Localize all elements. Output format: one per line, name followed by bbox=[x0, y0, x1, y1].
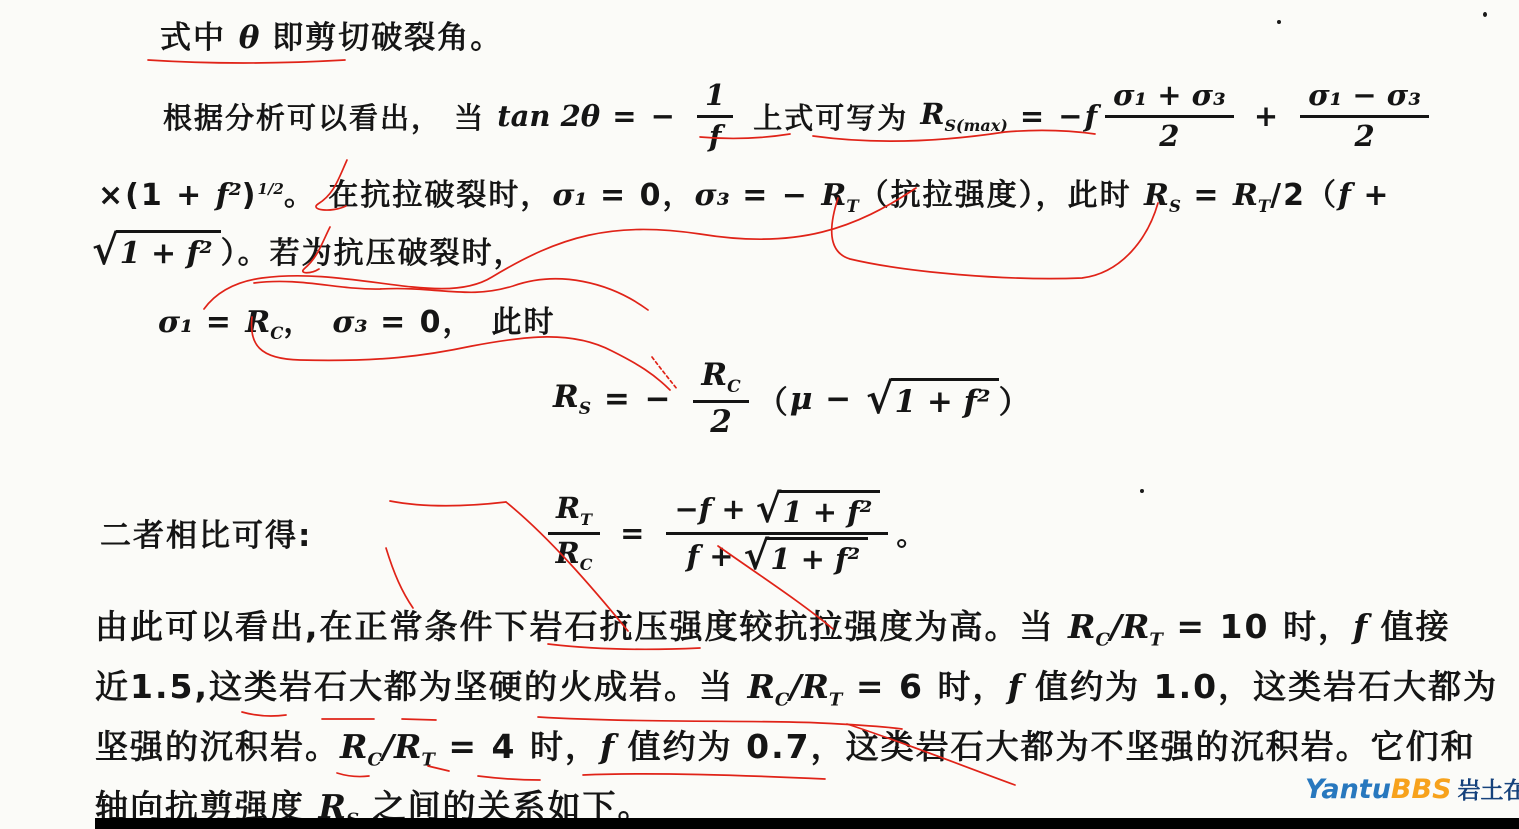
paragraph-line-2: 近1.5,这类岩石大都为坚硬的火成岩。当 RC/RT = 6 时，f 值约为 1… bbox=[95, 661, 1498, 711]
subscript: S bbox=[579, 399, 591, 419]
text-run: ， bbox=[283, 305, 332, 340]
scan-speck bbox=[1483, 12, 1487, 17]
subscript: C bbox=[580, 554, 593, 573]
math-symbol: RT bbox=[556, 492, 592, 529]
text-run: 。 在抗拉破裂时， bbox=[284, 178, 552, 213]
text-run: 值约为 0.7，这类岩石大都为不坚强的沉积岩。它们和 bbox=[614, 727, 1475, 766]
math-symbol: RC bbox=[556, 537, 593, 574]
subscript: T bbox=[829, 690, 843, 711]
formula-line-rt-over-rc: RTRC = −f + √1 + f²f + √1 + f²。 bbox=[540, 472, 927, 594]
text-line-sigma1-rc: σ₁ = RC， σ₃ = 0， 此时 bbox=[158, 297, 556, 343]
math-run: / bbox=[382, 727, 394, 766]
numerator: −f + √1 + f² bbox=[666, 490, 888, 534]
numerator: RT bbox=[548, 492, 600, 534]
subscript: T bbox=[580, 510, 592, 529]
red-pen-stroke bbox=[242, 712, 286, 716]
denominator: 2 bbox=[710, 403, 732, 441]
math-run: −f + bbox=[674, 493, 755, 526]
math-symbol: RT bbox=[394, 727, 435, 766]
math-run: f bbox=[600, 727, 614, 766]
text-run: = bbox=[608, 516, 659, 550]
text-run: 上式可写为 bbox=[741, 96, 920, 137]
math-symbol: RT bbox=[1233, 178, 1270, 213]
subscript: C bbox=[775, 690, 789, 711]
formula-line-tan2theta-rsmax: 根据分析可以看出， 当 tan 2θ = − 1f 上式可写为 RS(max) … bbox=[163, 76, 1437, 156]
math-run: tan 2θ bbox=[497, 99, 600, 133]
math-run: σ₃ bbox=[695, 178, 730, 213]
math-run: σ₁ − σ₃ bbox=[1308, 79, 1421, 112]
math-run: f bbox=[1338, 178, 1351, 213]
text-run: 值接 bbox=[1367, 607, 1451, 646]
text-run: ) bbox=[242, 178, 258, 213]
math-run: θ bbox=[239, 20, 260, 56]
fraction: 1f bbox=[697, 79, 733, 153]
radicand: 1 + f² bbox=[891, 378, 999, 420]
math-run: 1 + f² bbox=[782, 496, 872, 529]
red-pen-stroke bbox=[402, 719, 436, 720]
math-run: σ₁ + σ₃ bbox=[1113, 79, 1226, 112]
formula-line-rs-rc: RS = − RC2（μ − √1 + f²） bbox=[553, 354, 1032, 444]
text-run: = 4 时， bbox=[435, 727, 600, 766]
text-run: = 10 时， bbox=[1163, 607, 1353, 646]
red-pen-stroke bbox=[337, 773, 369, 777]
superscript: 1/2 bbox=[258, 180, 284, 198]
text-run: 即剪切破裂角。 bbox=[259, 20, 503, 56]
text-run: = − bbox=[591, 381, 685, 417]
math-run: σ₃ bbox=[332, 305, 367, 340]
red-pen-stroke bbox=[478, 776, 540, 780]
text-run: = 0， bbox=[588, 178, 695, 213]
subscript: T bbox=[1149, 630, 1163, 651]
math-run: 1 + f² bbox=[120, 236, 213, 271]
fraction: RTRC bbox=[548, 492, 600, 573]
red-pen-stroke bbox=[148, 60, 345, 63]
denominator: 2 bbox=[1159, 118, 1179, 153]
math-symbol: RT bbox=[801, 667, 842, 706]
radicand: 1 + f² bbox=[778, 490, 880, 529]
math-symbol: RC bbox=[245, 305, 283, 340]
text-run: ）。若为抗压破裂时， bbox=[221, 228, 526, 272]
text-line-compare-label: 二者相比可得: bbox=[100, 510, 312, 555]
fraction: −f + √1 + f²f + √1 + f² bbox=[666, 490, 888, 576]
fraction: σ₁ + σ₃2 bbox=[1105, 79, 1234, 153]
radical-sign: √ bbox=[744, 540, 770, 573]
math-run: / bbox=[1110, 607, 1122, 646]
square-root: √1 + f² bbox=[866, 378, 999, 420]
text-run: = − bbox=[730, 178, 822, 213]
subscript: C bbox=[270, 324, 283, 343]
subscript: S bbox=[1169, 197, 1181, 216]
numerator: σ₁ − σ₃ bbox=[1300, 79, 1429, 117]
denominator: RC bbox=[556, 535, 593, 574]
math-run: 1 bbox=[705, 79, 725, 112]
subscript: C bbox=[367, 750, 381, 771]
text-run: （抗拉强度），此时 bbox=[859, 178, 1144, 213]
text-run: （ bbox=[757, 377, 790, 422]
text-run: = − bbox=[600, 99, 689, 133]
watermark-yantu: Yantu bbox=[1305, 774, 1391, 805]
scan-black-bar bbox=[95, 818, 1519, 829]
math-symbol: RT bbox=[821, 178, 858, 213]
text-line-compression-failure: √1 + f²）。若为抗压破裂时， bbox=[92, 224, 526, 276]
radical-sign: √ bbox=[756, 493, 782, 526]
text-run: 近1.5,这类岩石大都为坚硬的火成岩。当 bbox=[95, 667, 747, 706]
numerator: RC bbox=[693, 358, 748, 403]
math-symbol: RC bbox=[1068, 607, 1110, 646]
radicand: 1 + f² bbox=[766, 537, 868, 576]
text-line-theta-definition: 式中 θ 即剪切破裂角。 bbox=[160, 12, 503, 57]
radicand: 1 + f² bbox=[116, 230, 221, 271]
math-symbol: RC bbox=[747, 667, 789, 706]
math-run: 2 bbox=[710, 405, 732, 441]
text-run: = bbox=[193, 305, 245, 340]
radical-sign: √ bbox=[92, 233, 119, 267]
square-root: √1 + f² bbox=[92, 230, 221, 271]
fraction: RC2 bbox=[693, 358, 748, 440]
red-pen-stroke bbox=[583, 774, 825, 779]
text-run: + bbox=[1351, 178, 1391, 213]
math-symbol: RC bbox=[340, 727, 382, 766]
text-run: 根据分析可以看出， 当 bbox=[163, 96, 497, 137]
scan-speck bbox=[1140, 489, 1144, 493]
math-run: 1 + f² bbox=[770, 543, 860, 576]
denominator: f bbox=[709, 118, 721, 153]
watermark: Yantu BBS 岩土在线 bbox=[1305, 772, 1519, 805]
scan-speck bbox=[1277, 20, 1281, 24]
math-run: 2 bbox=[1159, 120, 1179, 153]
text-run: = 6 时， bbox=[842, 667, 1007, 706]
text-run: /2（ bbox=[1270, 178, 1338, 213]
square-root: √1 + f² bbox=[756, 490, 881, 529]
math-run: 2 bbox=[1354, 120, 1374, 153]
text-run: − bbox=[812, 381, 866, 417]
fraction: σ₁ − σ₃2 bbox=[1300, 79, 1429, 153]
text-run: 值约为 1.0，这类岩石大都为 bbox=[1022, 667, 1498, 706]
text-run: 由此可以看出,在正常条件下岩石抗压强度较抗拉强度为高。当 bbox=[95, 607, 1068, 646]
math-run: f bbox=[1007, 667, 1021, 706]
subscript: T bbox=[846, 197, 858, 216]
text-run: ×(1 + bbox=[98, 178, 216, 213]
denominator: 2 bbox=[1354, 118, 1374, 153]
subscript: T bbox=[1258, 197, 1270, 216]
text-run: 二者相比可得: bbox=[100, 518, 312, 554]
subscript: S(max) bbox=[944, 116, 1007, 135]
paragraph-line-1: 由此可以看出,在正常条件下岩石抗压强度较抗拉强度为高。当 RC/RT = 10 … bbox=[95, 601, 1451, 651]
math-symbol: RS bbox=[553, 379, 591, 419]
math-run: f bbox=[1353, 607, 1367, 646]
watermark-chinese: 岩土在线 bbox=[1458, 772, 1519, 805]
text-run: = − bbox=[1008, 99, 1085, 133]
radical-sign: √ bbox=[866, 381, 894, 417]
text-run: 坚强的沉积岩。 bbox=[95, 727, 340, 766]
math-run: σ₁ bbox=[552, 178, 587, 213]
numerator: 1 bbox=[697, 79, 733, 117]
numerator: σ₁ + σ₃ bbox=[1105, 79, 1234, 117]
math-symbol: RS bbox=[1144, 178, 1181, 213]
red-pen-stroke bbox=[390, 501, 506, 506]
math-run: / bbox=[789, 667, 801, 706]
math-symbol: RT bbox=[1122, 607, 1163, 646]
subscript: C bbox=[1095, 630, 1109, 651]
text-run: 式中 bbox=[160, 20, 239, 56]
math-run: f² bbox=[216, 178, 242, 213]
paragraph-line-3: 坚强的沉积岩。RC/RT = 4 时，f 值约为 0.7，这类岩石大都为不坚强的… bbox=[95, 721, 1476, 771]
text-run: 。 bbox=[896, 513, 927, 554]
denominator: f + √1 + f² bbox=[687, 535, 869, 576]
watermark-bbs: BBS bbox=[1391, 774, 1452, 805]
square-root: √1 + f² bbox=[744, 537, 869, 576]
text-run: + bbox=[1242, 99, 1293, 133]
text-line-tension-failure: ×(1 + f²)1/2。 在抗拉破裂时，σ₁ = 0，σ₃ = − RT（抗拉… bbox=[98, 170, 1391, 216]
red-pen-stroke bbox=[386, 548, 413, 608]
math-run: σ₁ bbox=[158, 305, 193, 340]
math-symbol: RS(max) bbox=[920, 97, 1007, 135]
text-run: ） bbox=[999, 377, 1032, 422]
math-run: f + bbox=[687, 540, 744, 573]
math-run: 1 + f² bbox=[895, 384, 991, 420]
math-run: f bbox=[709, 120, 721, 153]
text-run: = bbox=[1181, 178, 1233, 213]
math-symbol: RC bbox=[701, 358, 740, 398]
subscript: T bbox=[421, 750, 435, 771]
subscript: C bbox=[727, 377, 741, 397]
text-run: = 0， 此时 bbox=[368, 305, 556, 340]
math-run: f bbox=[1085, 99, 1097, 133]
math-run: μ bbox=[790, 381, 813, 417]
